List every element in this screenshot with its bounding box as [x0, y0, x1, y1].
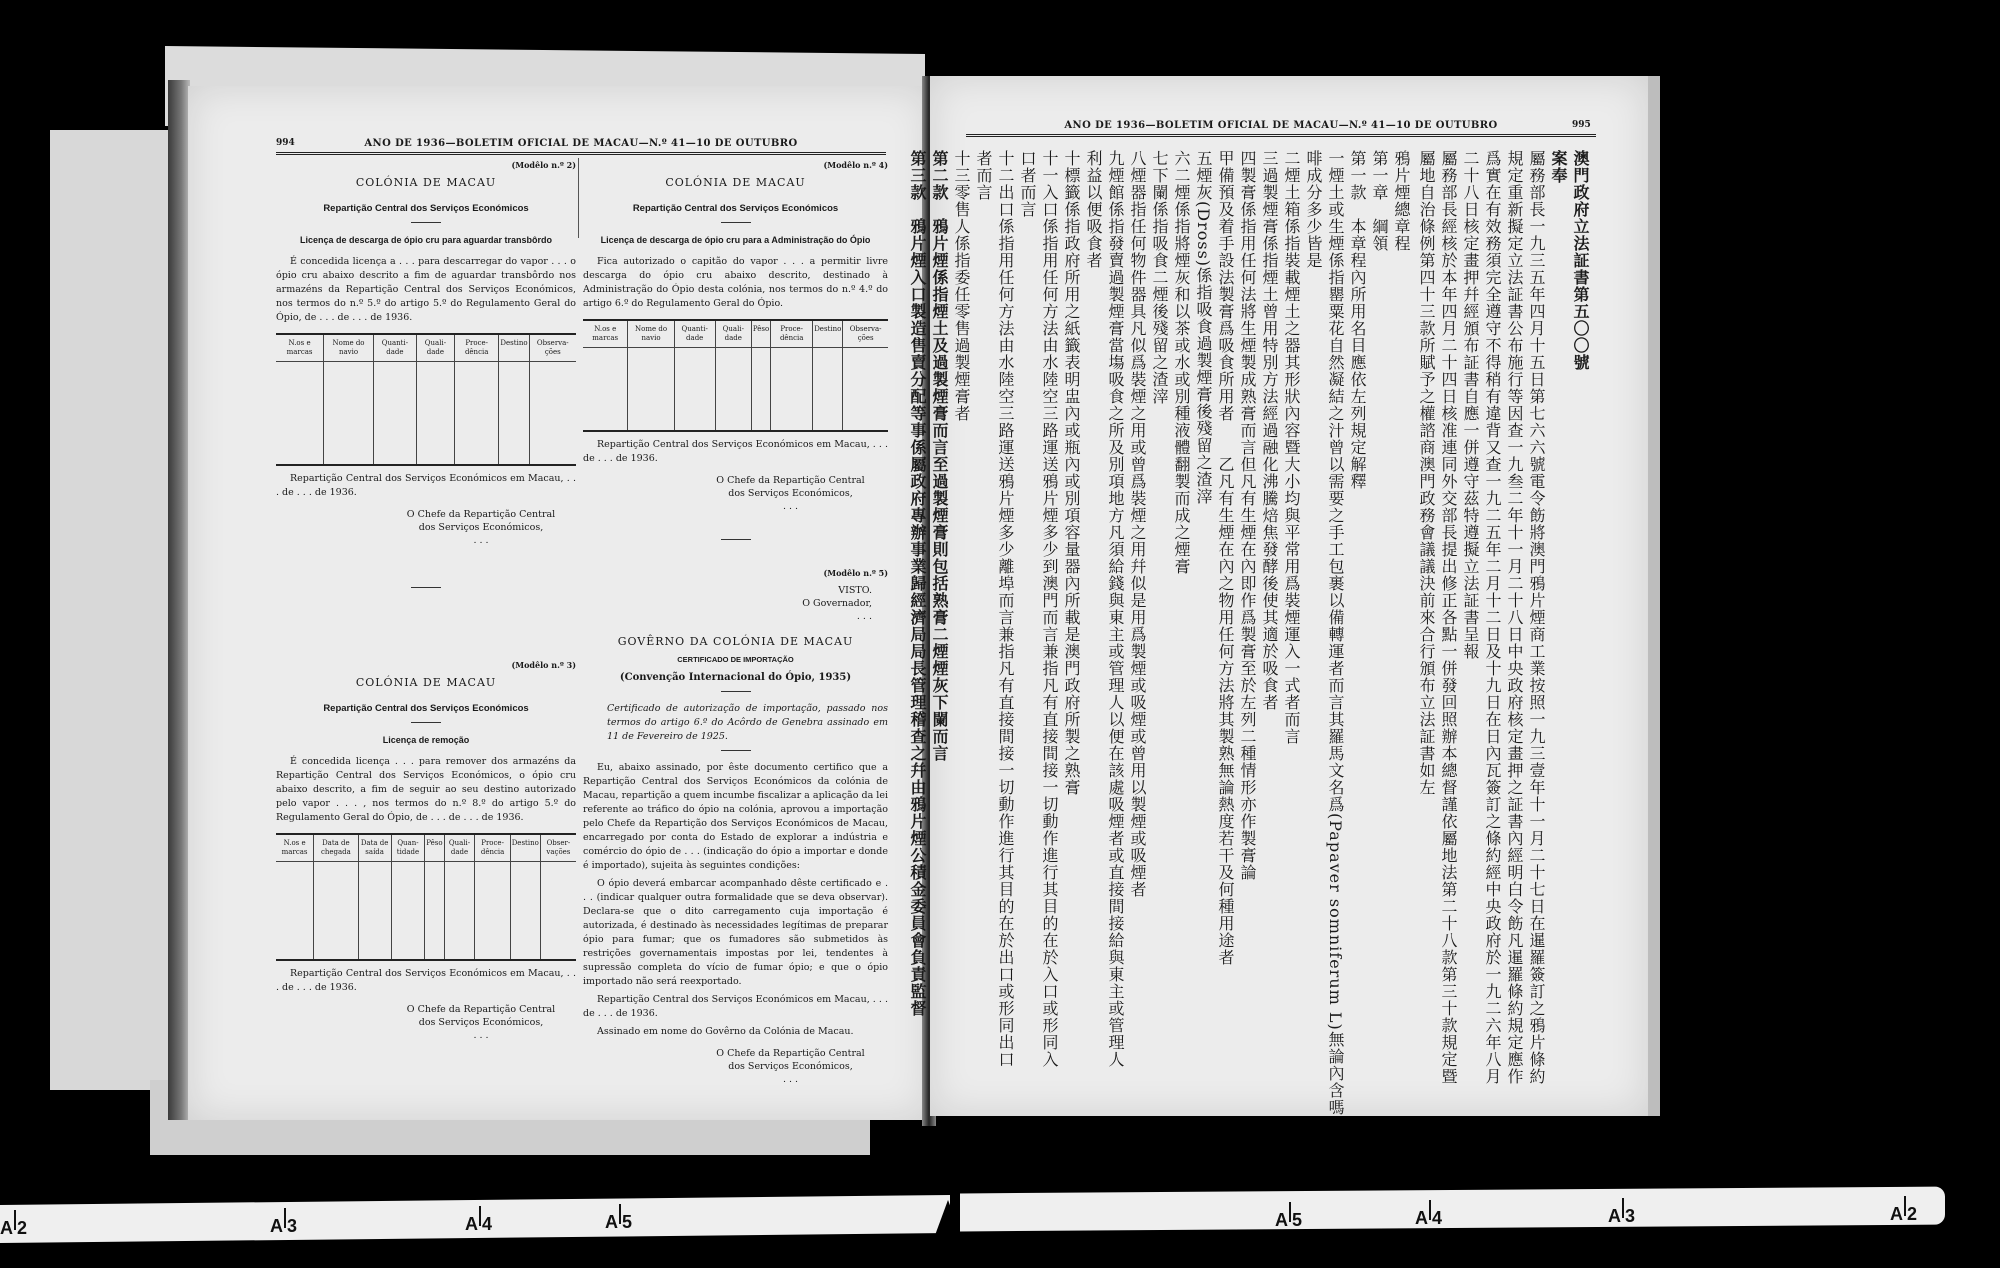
form-body: Fica autorizado o capitão do vapor . . .…: [583, 255, 888, 311]
table-cell: [454, 362, 499, 466]
table-cell: [373, 362, 416, 466]
table-cell: [444, 862, 475, 961]
book-edge: [168, 80, 190, 1120]
film-frame-mark: A4: [465, 1214, 492, 1235]
table-cell: [499, 362, 529, 466]
form-subtitle: Licença de descarga de ópio cru para agu…: [276, 233, 576, 247]
left-page: 994 ANO DE 1936—BOLETIM OFICIAL DE MACAU…: [188, 86, 930, 1120]
table-column-header: Proce-dência: [454, 334, 499, 362]
text-column: 者而言: [974, 150, 993, 1110]
table-cell: [583, 348, 628, 432]
text-column: 十二出口係指用任何方法由水陸空三路運送鴉片煙多少離埠而言兼指凡有直接間接一切動作…: [996, 150, 1015, 1110]
table-cell: [771, 348, 813, 432]
table-column-header: Pêso: [425, 834, 444, 862]
table-column-header: Quali-dade: [444, 834, 475, 862]
signature-line: dos Serviços Económicos,: [386, 1016, 576, 1029]
signature-dots: . . .: [386, 1029, 576, 1042]
table-cell: [628, 348, 674, 432]
table-cell: [425, 862, 444, 961]
film-frame-mark: A4: [1415, 1208, 1442, 1229]
signature-line: dos Serviços Económicos,: [693, 487, 888, 500]
modelo-label: (Modêlo n.º 5): [583, 566, 888, 580]
table-column-header: Nome do navio: [324, 334, 374, 362]
form-table: N.os e marcasNome do navioQuanti-dadeQua…: [583, 319, 888, 432]
form-modelo-4: (Modêlo n.º 4) COLÓNIA DE MACAU Repartiç…: [583, 158, 888, 513]
certificate-paragraph: Assinado em nome do Govêrno da Colónia d…: [583, 1025, 888, 1039]
table-cell: [276, 862, 314, 961]
reparticao-heading: Repartição Central dos Serviços Económic…: [276, 202, 576, 216]
text-column: 三過製煙膏係指煙土曾用特別方法經過融化沸騰焙焦發酵後使其適於吸食者: [1260, 150, 1279, 1110]
text-column: 第三款 鴉片煙入口製造售賣分配等事係屬政府專辦事業歸經濟局局長管理稽查之幷由鴉片…: [908, 150, 927, 1110]
table-column-header: N.os e marcas: [276, 334, 324, 362]
divider: [721, 750, 751, 751]
form-table: N.os e marcasData de chegadaData de saíd…: [276, 833, 576, 961]
text-column: 屬務部長一九三五年四月十五日第七六六號電令飭將澳門鴉片煙商工業按照一九三壹年十一…: [1527, 150, 1546, 1110]
table-column-header: Pêso: [751, 320, 770, 348]
signature-line: O Chefe da Repartição Central: [693, 474, 888, 487]
text-column: 屬務部長經核於本年四月二十四日核准連同外交部長提出修正各點一併發回照辦本總督謹依…: [1439, 150, 1458, 1110]
certificate-paragraph: O ópio deverá embarcar acompanhado dêste…: [583, 877, 888, 989]
signature-dots: . . .: [386, 534, 576, 547]
table-cell: [416, 362, 454, 466]
text-column: 利益以便吸食者: [1084, 150, 1103, 1110]
certificate-paragraph: Eu, abaixo assinado, por êste documento …: [583, 761, 888, 873]
modelo-label: (Modêlo n.º 4): [583, 158, 888, 172]
form-table: N.os e marcasNome do navioQuanti-dadeQua…: [276, 333, 576, 466]
divider: [721, 691, 751, 692]
chinese-text-columns: 澳門政府立法証書第五〇〇號案奉屬務部長一九三五年四月十五日第七六六號電令飭將澳門…: [970, 150, 1590, 1110]
text-column: 口者而言: [1018, 150, 1037, 1110]
table-cell: [843, 348, 888, 432]
text-column: 規定重新擬定立法証書公布施行等因查一九叁二年十一月二十八日中央政府核定畫押之証書…: [1505, 150, 1524, 1110]
colonia-heading: COLÓNIA DE MACAU: [276, 176, 576, 190]
form-modelo-2: (Modêlo n.º 2) COLÓNIA DE MACAU Repartiç…: [276, 158, 576, 547]
table-column-header: Data de chegada: [314, 834, 358, 862]
table-cell: [715, 348, 751, 432]
convencao-heading: (Convenção Internacional do Ópio, 1935): [583, 671, 888, 685]
colonia-heading: COLÓNIA DE MACAU: [276, 676, 576, 690]
table-column-header: Proce-dência: [771, 320, 813, 348]
table-cell: [540, 862, 576, 961]
signature-block: O Chefe da Repartição Central dos Serviç…: [386, 1003, 576, 1042]
column-divider: [578, 158, 579, 238]
text-column: 第一章 綱領: [1370, 150, 1389, 1110]
table-column-header: Nome do navio: [628, 320, 674, 348]
running-head: ANO DE 1936—BOLETIM OFICIAL DE MACAU—N.º…: [276, 138, 886, 155]
table-column-header: Quanti-dade: [373, 334, 416, 362]
text-column: 第一款 本章程內所用名目應依左列規定解釋: [1348, 150, 1367, 1110]
left-column: (Modêlo n.º 2) COLÓNIA DE MACAU Repartiç…: [276, 158, 576, 1042]
table-cell: [751, 348, 770, 432]
certificado-heading: CERTIFICADO DE IMPORTAÇÃO: [583, 653, 888, 667]
colonia-heading: COLÓNIA DE MACAU: [583, 176, 888, 190]
table-cell: [475, 862, 510, 961]
modelo-label: (Modêlo n.º 3): [276, 658, 576, 672]
right-column: (Modêlo n.º 4) COLÓNIA DE MACAU Repartiç…: [583, 158, 888, 1086]
form-modelo-5: (Modêlo n.º 5) VISTO. O Governador, . . …: [583, 566, 888, 1086]
text-column: 五煙灰(Dross)係指吸食過製煙膏後殘留之渣滓: [1194, 150, 1213, 1110]
table-cell: [813, 348, 843, 432]
table-column-header: Data de saída: [358, 834, 391, 862]
signature-line: O Chefe da Repartição Central: [386, 1003, 576, 1016]
text-column: 第二款 鴉片煙係指煙土及過製煙膏而言至過製煙膏則包括熟膏二煙煙灰下闌而言: [930, 150, 949, 1110]
text-column: 二煙土箱係指裝載煙土之器其形狀內容暨大小均與平常用爲裝煙運入一式者而言: [1282, 150, 1301, 1110]
signature-dots: . . .: [693, 500, 888, 513]
visto-label: VISTO.: [583, 584, 872, 597]
running-head: ANO DE 1936—BOLETIM OFICIAL DE MACAU—N.º…: [966, 120, 1596, 137]
text-column: 六二煙係指將煙灰和以茶或水或別種液體翻製而成之煙膏: [1172, 150, 1191, 1110]
table-column-header: Obser-vações: [540, 834, 576, 862]
modelo-label: (Modêlo n.º 2): [276, 158, 576, 172]
form-modelo-3: (Modêlo n.º 3) COLÓNIA DE MACAU Repartiç…: [276, 658, 576, 1042]
table-column-header: Quanti-dade: [674, 320, 715, 348]
film-frame-mark: A5: [1275, 1210, 1302, 1231]
certificate-paragraph: Repartição Central dos Serviços Económic…: [583, 993, 888, 1021]
signature-block: O Chefe da Repartição Central dos Serviç…: [693, 1047, 888, 1086]
text-column: 爲實在有效務須完全遵守不得稍有違背又查一九二五年二月十二日及十九日在日內瓦簽訂之…: [1483, 150, 1502, 1110]
text-column: 七下闌係指吸食二煙後殘留之渣滓: [1150, 150, 1169, 1110]
form-closing: Repartição Central dos Serviços Económic…: [276, 967, 576, 995]
signature-block: O Chefe da Repartição Central dos Serviç…: [693, 474, 888, 513]
signature-dots: . . .: [693, 1073, 888, 1086]
divider: [411, 222, 441, 223]
text-column: 案奉: [1549, 150, 1568, 1110]
text-column: 十三零售人係指委任零售過製煙膏者: [952, 150, 971, 1110]
text-column: 鴉片煙總章程: [1392, 150, 1411, 1110]
form-body: É concedida licença . . . para remover d…: [276, 755, 576, 825]
form-body: É concedida licença a . . . para descarr…: [276, 255, 576, 325]
table-cell: [276, 362, 324, 466]
table-cell: [529, 362, 576, 466]
governador-label: O Governador,: [583, 597, 872, 610]
table-column-header: Observa-ções: [843, 320, 888, 348]
table-cell: [391, 862, 425, 961]
film-strip-right: [960, 1187, 1945, 1232]
table-column-header: Quali-dade: [715, 320, 751, 348]
table-column-header: Quali-dade: [416, 334, 454, 362]
signature-line: O Chefe da Repartição Central: [386, 508, 576, 521]
film-frame-mark: A3: [1608, 1206, 1635, 1227]
table-cell: [324, 362, 374, 466]
film-notch: [934, 1200, 962, 1238]
book-edge: [1648, 76, 1660, 1116]
signature-dots: . . .: [583, 610, 872, 623]
form-subtitle: Licença de descarga de ópio cru para a A…: [583, 233, 888, 247]
form-subtitle: Licença de remoção: [276, 733, 576, 747]
text-column: 啡成分多少皆是: [1304, 150, 1323, 1110]
film-frame-mark: A5: [605, 1212, 632, 1233]
divider: [411, 587, 441, 588]
right-page: ANO DE 1936—BOLETIM OFICIAL DE MACAU—N.º…: [930, 76, 1648, 1116]
form-closing: Repartição Central dos Serviços Económic…: [583, 438, 888, 466]
reparticao-heading: Repartição Central dos Serviços Económic…: [583, 202, 888, 216]
text-column: 二十八日核定畫押幷經頒布証書自應一併遵守茲特遵擬立法証書呈報: [1461, 150, 1480, 1110]
table-cell: [358, 862, 391, 961]
text-column: 十一入口係指用任何方法由水陸空三路運送鴉片煙多少到澳門而言兼指凡有直接間接一切動…: [1040, 150, 1059, 1110]
form-closing: Repartição Central dos Serviços Económic…: [276, 472, 576, 500]
signature-line: dos Serviços Económicos,: [386, 521, 576, 534]
table-column-header: Destino: [499, 334, 529, 362]
table-column-header: Destino: [813, 320, 843, 348]
table-column-header: Proce-dência: [475, 834, 510, 862]
text-column: 甲備預及着手設法製膏爲吸食所用者 乙凡有生煙在內之物用任何方法將其製熟無論熱度若…: [1216, 150, 1235, 1110]
film-frame-mark: A2: [0, 1218, 27, 1239]
signature-line: O Chefe da Repartição Central: [693, 1047, 888, 1060]
page-number: 995: [1572, 120, 1591, 130]
film-frame-mark: A2: [1890, 1204, 1917, 1225]
text-column: 八煙器指任何物件器具凡似爲裝煙之用或曾爲裝煙之用幷似是用爲製煙或吸煙或曾用以製煙…: [1128, 150, 1147, 1110]
visto-block: VISTO. O Governador, . . .: [583, 584, 888, 623]
underlying-sheet: [50, 130, 180, 1090]
table-cell: [674, 348, 715, 432]
signature-block: O Chefe da Repartição Central dos Serviç…: [386, 508, 576, 547]
certificate-intro: Certificado de autorização de importação…: [583, 702, 888, 744]
table-column-header: N.os e marcas: [583, 320, 628, 348]
text-column: 九煙館係指發賣過製煙膏當塲吸食之所及別項地方凡須給錢與東主或管理人以便在該處吸煙…: [1106, 150, 1125, 1110]
text-column: 四製膏係指用任何法將生煙製成熟膏而言但凡有生煙在內即作爲製膏至於左列二種情形亦作…: [1238, 150, 1257, 1110]
text-column: 屬地自治條例第四十三款所賦予之權諮商澳門政務會議議決前來合行頒布立法証書如左: [1417, 150, 1436, 1110]
divider: [721, 222, 751, 223]
text-column: 十標籤係指政府所用之紙籤表明盅內或瓶內或別項容量器內所載是澳門政府所製之熟膏: [1062, 150, 1081, 1110]
table-column-header: N.os e marcas: [276, 834, 314, 862]
signature-line: dos Serviços Económicos,: [693, 1060, 888, 1073]
table-column-header: Observa-ções: [529, 334, 576, 362]
table-column-header: Quan-tidade: [391, 834, 425, 862]
text-column: 澳門政府立法証書第五〇〇號: [1571, 150, 1590, 1110]
divider: [411, 722, 441, 723]
table-cell: [314, 862, 358, 961]
reparticao-heading: Repartição Central dos Serviços Económic…: [276, 702, 576, 716]
film-frame-mark: A3: [270, 1216, 297, 1237]
text-column: 一煙土或生煙係指罌粟花自然凝結之汁曾以需要之手工包裹以備轉運者而言其羅馬文名爲(…: [1326, 150, 1345, 1110]
table-column-header: Destino: [510, 834, 540, 862]
divider: [721, 539, 751, 540]
table-cell: [510, 862, 540, 961]
governo-heading: GOVÊRNO DA COLÓNIA DE MACAU: [583, 635, 888, 649]
